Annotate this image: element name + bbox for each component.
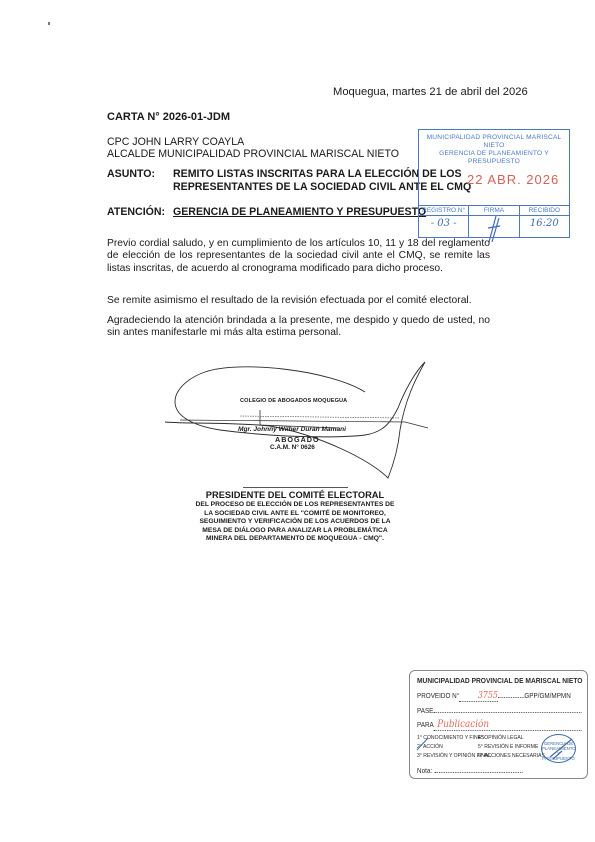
letter-number: CARTA N° 2026-01-JDM bbox=[107, 111, 230, 123]
stamp-header-line-3: PRESUPUESTO bbox=[419, 158, 569, 166]
para-value: Publicación bbox=[437, 719, 489, 730]
signer-name: Mgr. Johnny Wilber Duran Mamani bbox=[238, 426, 346, 433]
option-6: 6° ACCIONES NECESARIAS bbox=[478, 753, 545, 759]
option-4: 4° OPINIÓN LEGAL bbox=[478, 735, 524, 741]
addressee-name: CPC JOHN LARRY COAYLA bbox=[107, 136, 399, 148]
paragraph-2: Se remite asimismo el resultado de la re… bbox=[107, 295, 490, 307]
seal-check-mark bbox=[548, 737, 574, 761]
attention-label: ATENCIÓN: bbox=[107, 206, 165, 218]
registro-cell: REGISTRO N° - 03 - bbox=[419, 206, 469, 237]
proveido-row: PROVEIDO N°3755GPP/GM/MPMN bbox=[417, 691, 571, 702]
reception-stamp-header: MUNICIPALIDAD PROVINCIAL MARISCAL NIETO … bbox=[419, 134, 569, 166]
seal-organization: COLEGIO DE ABOGADOS MOQUEGUA bbox=[240, 398, 347, 404]
pase-label: PASE bbox=[417, 706, 433, 715]
addressee: CPC JOHN LARRY COAYLA ALCALDE MUNICIPALI… bbox=[107, 136, 399, 160]
signatory-desc-line: MESA DE DIÁLOGO PARA ANALIZAR LA PROBLEM… bbox=[170, 527, 420, 536]
reception-grid: REGISTRO N° - 03 - FIRMA RECIBIDO 16:20 bbox=[419, 205, 569, 237]
proveido-dots-2 bbox=[498, 697, 524, 698]
signature-line bbox=[243, 487, 348, 488]
proveido-suffix: GPP/GM/MPMN bbox=[524, 691, 570, 700]
nota-row: Nota: bbox=[417, 766, 523, 775]
pase-dots bbox=[433, 712, 581, 713]
date-line: Moquegua, martes 21 de abril del 2026 bbox=[333, 86, 528, 98]
signatory-block: PRESIDENTE DEL COMITÉ ELECTORAL DEL PROC… bbox=[170, 487, 420, 544]
signatory-desc-line: MINERA DEL DEPARTAMENTO DE MOQUEGUA - CM… bbox=[170, 535, 420, 544]
recibido-value: 16:20 bbox=[520, 216, 569, 229]
signatory-desc-line: LA SOCIEDAD CIVIL ANTE EL "COMITÉ DE MON… bbox=[170, 510, 420, 519]
para-dots: Publicación bbox=[434, 719, 582, 731]
signatory-description: DEL PROCESO DE ELECCIÓN DE LOS REPRESENT… bbox=[170, 501, 420, 544]
reception-stamp: MUNICIPALIDAD PROVINCIAL MARISCAL NIETO … bbox=[418, 129, 570, 238]
handwritten-signature bbox=[160, 360, 430, 480]
reception-date: 22 ABR. 2026 bbox=[467, 172, 559, 187]
signatory-title: PRESIDENTE DEL COMITÉ ELECTORAL bbox=[170, 490, 420, 500]
scan-speck bbox=[48, 22, 50, 25]
proveido-value: 3755 bbox=[478, 691, 498, 701]
option-check-mark bbox=[416, 737, 430, 751]
paragraph-1: Previo cordial saludo, y en cumplimiento… bbox=[107, 238, 490, 275]
provision-stamp: MUNICIPALIDAD PROVINCIAL DE MARISCAL NIE… bbox=[409, 670, 588, 779]
recibido-cell: RECIBIDO 16:20 bbox=[520, 206, 569, 237]
recibido-header: RECIBIDO bbox=[520, 206, 569, 216]
registro-value: - 03 - bbox=[419, 216, 468, 229]
provision-title: MUNICIPALIDAD PROVINCIAL DE MARISCAL NIE… bbox=[417, 676, 582, 685]
stamp-header-line-2: GERENCIA DE PLANEAMIENTO Y bbox=[419, 150, 569, 158]
pase-row: PASE bbox=[417, 706, 581, 715]
signer-title: ABOGADO bbox=[275, 435, 320, 444]
attention-value: GERENCIA DE PLANEAMIENTO Y PRESUPUESTO bbox=[173, 206, 426, 218]
para-label: PARA bbox=[417, 720, 434, 729]
addressee-position: ALCALDE MUNICIPALIDAD PROVINCIAL MARISCA… bbox=[107, 148, 399, 160]
nota-dots bbox=[435, 772, 523, 773]
proveido-label: PROVEIDO N° bbox=[417, 691, 459, 700]
subject-label: ASUNTO: bbox=[107, 168, 155, 180]
registro-header: REGISTRO N° bbox=[419, 206, 468, 216]
firma-cell: FIRMA bbox=[469, 206, 519, 237]
proveido-dots: 3755 bbox=[459, 691, 498, 702]
para-row: PARAPublicación bbox=[417, 719, 582, 731]
signer-registration: C.A.M. N° 0626 bbox=[270, 444, 315, 451]
option-5: 5° REVISIÓN E INFORME bbox=[478, 744, 538, 750]
stamp-header-line-1: MUNICIPALIDAD PROVINCIAL MARISCAL NIETO bbox=[419, 134, 569, 150]
signatory-desc-line: DEL PROCESO DE ELECCIÓN DE LOS REPRESENT… bbox=[170, 501, 420, 510]
paragraph-3: Agradeciendo la atención brindada a la p… bbox=[107, 315, 490, 340]
nota-label: Nota: bbox=[417, 766, 432, 775]
signatory-desc-line: SEGUIMIENTO Y VERIFICACIÓN DE LOS ACUERD… bbox=[170, 518, 420, 527]
